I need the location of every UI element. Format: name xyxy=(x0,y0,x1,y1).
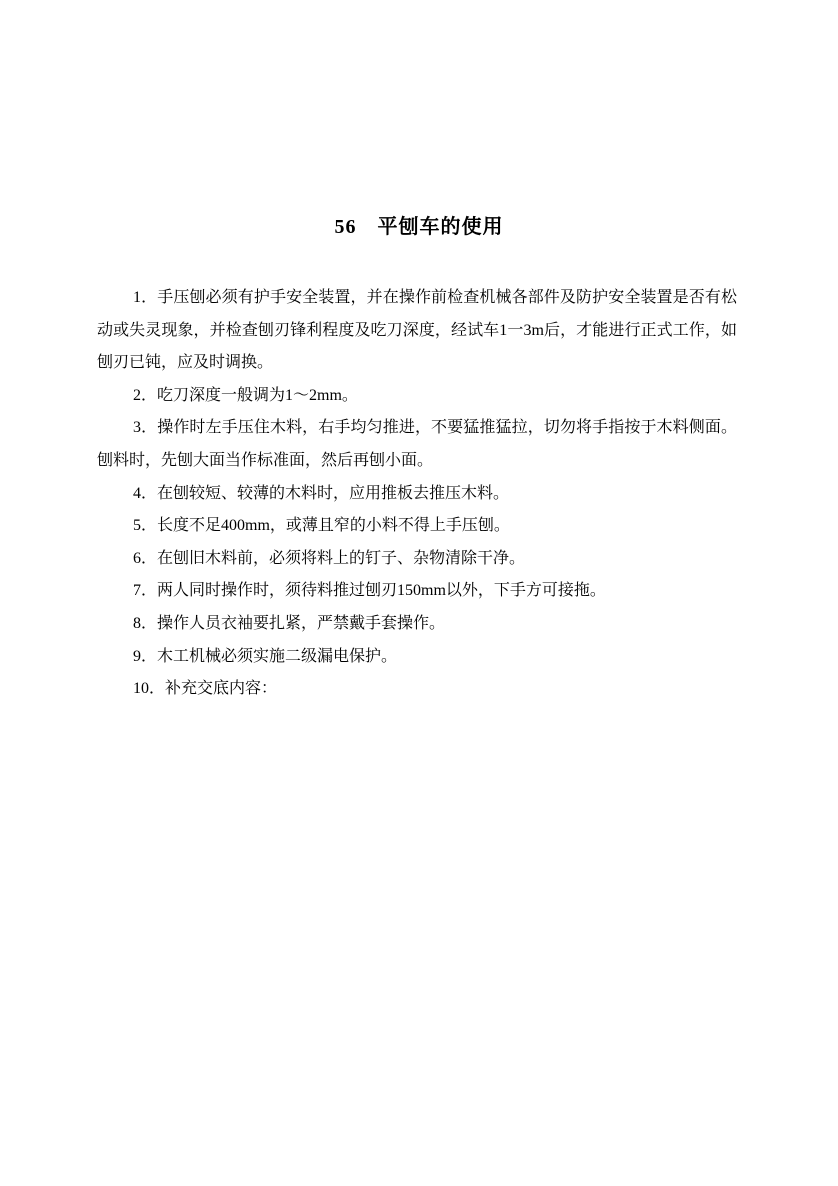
list-item: 9．木工机械必须实施二级漏电保护。 xyxy=(97,641,737,674)
list-item: 7．两人同时操作时，须待料推过刨刃150mm以外，下手方可接拖。 xyxy=(97,575,737,608)
list-item: 1．手压刨必须有护手安全装置，并在操作前检查机械各部件及防护安全装置是否有松动或… xyxy=(97,282,737,380)
list-item: 6．在刨旧木料前，必须将料上的钉子、杂物清除干净。 xyxy=(97,543,737,576)
list-item: 4．在刨较短、较薄的木料时，应用推板去推压木料。 xyxy=(97,478,737,511)
list-item: 3．操作时左手压住木料，右手均匀推进，不要猛推猛拉，切勿将手指按于木料侧面。刨料… xyxy=(97,412,737,477)
list-item: 5．长度不足400mm，或薄且窄的小料不得上手压刨。 xyxy=(97,510,737,543)
list-item: 8．操作人员衣袖要扎紧，严禁戴手套操作。 xyxy=(97,608,737,641)
list-item: 2．吃刀深度一般调为1～2mm。 xyxy=(97,380,737,413)
list-item: 10．补充交底内容： xyxy=(97,673,737,706)
page-title: 56 平刨车的使用 xyxy=(0,0,838,240)
document-body: 1．手压刨必须有护手安全装置，并在操作前检查机械各部件及防护安全装置是否有松动或… xyxy=(97,282,737,706)
document-page: 56 平刨车的使用 1．手压刨必须有护手安全装置，并在操作前检查机械各部件及防护… xyxy=(0,0,838,1186)
